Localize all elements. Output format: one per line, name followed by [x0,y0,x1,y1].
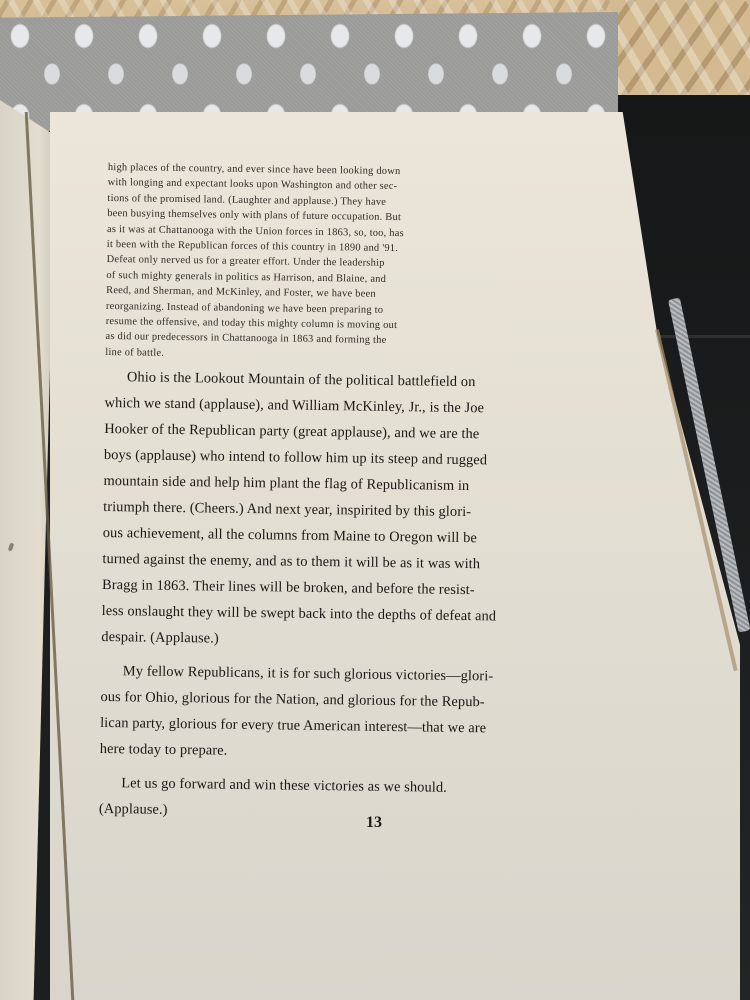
text-line: (Applause.) [99,796,569,829]
paragraph-lookout-mountain: Ohio is the Lookout Mountain of the poli… [101,364,575,657]
page-number: 13 [366,814,382,832]
text-line: despair. (Applause.) [101,624,571,657]
continued-paragraph: high places of the country, and ever sin… [105,160,578,367]
text-line: here today to prepare. [100,736,570,769]
upper-section-small-type: high places of the country, and ever sin… [105,160,578,367]
paragraph-go-forward: Let us go forward and win these victorie… [99,770,570,829]
page-text-block: high places of the country, and ever sin… [99,160,578,837]
lower-section-large-type: Ohio is the Lookout Mountain of the poli… [99,364,575,829]
paragraph-fellow-republicans: My fellow Republicans, it is for such gl… [100,658,571,769]
